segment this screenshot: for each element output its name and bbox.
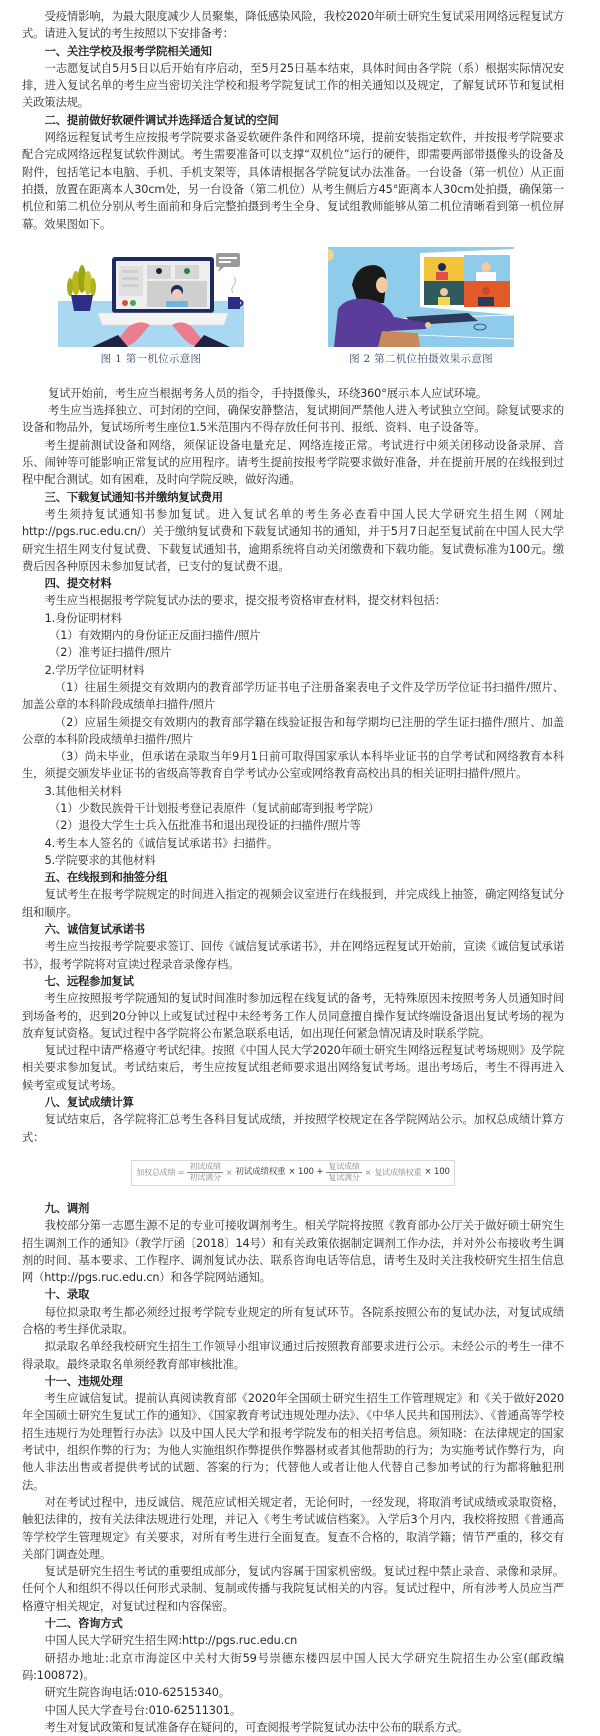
formula-fraction-retest: 复试成绩 复试满分 bbox=[326, 1162, 361, 1183]
section-3-heading: 三、下载复试通知书并缴纳复试费用 bbox=[22, 489, 564, 506]
weighted-score-formula: 加权总成绩 = 初试成绩 初试满分 × 初试成绩权重 × 100 + 复试成绩 … bbox=[131, 1160, 455, 1186]
formula-retest-denominator: 复试满分 bbox=[328, 1173, 359, 1183]
formula-fraction-prelim: 初试成绩 初试满分 bbox=[187, 1162, 222, 1183]
section-1-paragraph: 一志愿复试自5月5日以后开始有序启动，至5月25日基本结束，具体时间由各学院（系… bbox=[22, 60, 564, 112]
section-2-paragraph-3: 考生应当选择独立、可封闭的空间，确保安静整洁，复试期间严禁他人进入考试独立空间。… bbox=[22, 402, 564, 437]
section-11-paragraph-1: 考生应诚信复试。提前认真阅读教育部《2020年全国硕士研究生招生工作管理规定》和… bbox=[22, 1390, 564, 1494]
material-item-1: 1.身份证明材料 bbox=[22, 610, 564, 627]
formula-mult-2: × 100 bbox=[424, 1164, 449, 1181]
figure-1: 图 1 第一机位示意图 bbox=[58, 247, 244, 368]
figure-2: 图 2 第二机位拍摄效果示意图 bbox=[328, 247, 514, 368]
section-7-paragraph-2: 复试过程中请严格遵守考试纪律。按照《中国人民大学2020年硕士研究生网络远程复试… bbox=[22, 1042, 564, 1094]
section-9-heading: 九、调剂 bbox=[22, 1200, 564, 1217]
formula-times-1: × bbox=[226, 1164, 233, 1181]
section-8-paragraph: 复试结束后，各学院将汇总考生各科目复试成绩，并按照学校规定在各学院网站公示。加权… bbox=[22, 1111, 564, 1146]
material-item-1-1: （1）有效期内的身份证正反面扫描件/照片 bbox=[22, 627, 564, 644]
second-camera-illustration bbox=[328, 247, 514, 347]
section-11-paragraph-3: 复试是研究生招生考试的重要组成部分，复试内容属于国家机密级。复试过程中禁止录音、… bbox=[22, 1563, 564, 1615]
section-6-heading: 六、诚信复试承诺书 bbox=[22, 921, 564, 938]
section-5-heading: 五、在线报到和抽签分组 bbox=[22, 869, 564, 886]
section-11-heading: 十一、违规处理 bbox=[22, 1373, 564, 1390]
section-8-heading: 八、复试成绩计算 bbox=[22, 1094, 564, 1111]
intro-paragraph: 受疫情影响，为最大限度减少人员聚集，降低感染风险，我校2020年硕士研究生复试采… bbox=[22, 8, 564, 43]
section-5-paragraph: 复试考生在报考学院规定的时间进入指定的视频会议室进行在线报到，并完成线上抽签，确… bbox=[22, 886, 564, 921]
section-4-paragraph: 考生应当根据报考学院复试办法的要求，提交报考资格审查材料，提交材料包括： bbox=[22, 592, 564, 609]
section-12-heading: 十二、咨询方式 bbox=[22, 1615, 564, 1632]
section-11-paragraph-2: 对在考试过程中，违反诚信、规范应试相关规定者，无论何时，一经发现，将取消考试成绩… bbox=[22, 1494, 564, 1563]
formula-prelim-numerator: 初试成绩 bbox=[187, 1162, 222, 1173]
section-7-heading: 七、远程参加复试 bbox=[22, 973, 564, 990]
material-item-5: 5.学院要求的其他材料 bbox=[22, 852, 564, 869]
material-item-3-1: （1）少数民族骨干计划报考登记表原件（复试前邮寄到报考学院） bbox=[22, 800, 564, 817]
contact-website: 中国人民大学研究生招生网:http://pgs.ruc.edu.cn bbox=[22, 1632, 564, 1649]
section-10-paragraph-1: 每位拟录取考生都必须经过报考学院专业规定的所有复试环节。各院系按照公布的复试办法… bbox=[22, 1304, 564, 1339]
material-item-2-1: （1）往届生须提交有效期内的教育部学历证书电子注册备案表电子文件及学历学位证书扫… bbox=[22, 679, 564, 714]
formula-retest-numerator: 复试成绩 bbox=[326, 1162, 361, 1173]
first-camera-illustration bbox=[58, 247, 244, 347]
contact-address: 研招办地址:北京市海淀区中关村大街59号崇德东楼四层中国人民大学研究生院招生办公… bbox=[22, 1650, 564, 1659]
material-item-2-3: （3）尚未毕业，但承诺在录取当年9月1日前可取得国家承认本科毕业证书的自学考试和… bbox=[22, 748, 564, 783]
score-formula-container: 加权总成绩 = 初试成绩 初试满分 × 初试成绩权重 × 100 + 复试成绩 … bbox=[22, 1160, 564, 1186]
formula-prelim-denominator: 初试满分 bbox=[189, 1173, 220, 1183]
section-2-paragraph-1: 网络远程复试考生应按报考学院要求备妥软硬件条件和网络环境，提前安装指定软件，并按… bbox=[22, 129, 564, 233]
material-item-4: 4.考生本人签名的《诚信复试承诺书》扫描件。 bbox=[22, 835, 564, 852]
section-4-heading: 四、提交材料 bbox=[22, 575, 564, 592]
material-item-3: 3.其他相关材料 bbox=[22, 783, 564, 800]
section-9-paragraph: 我校部分第一志愿生源不足的专业可接收调剂考生。相关学院将按照《教育部办公厅关于做… bbox=[22, 1217, 564, 1286]
figure-2-caption: 图 2 第二机位拍摄效果示意图 bbox=[328, 351, 514, 368]
figures-row: 图 1 第一机位示意图 bbox=[22, 247, 564, 375]
section-1-heading: 一、关注学校及报考学院相关通知 bbox=[22, 43, 564, 60]
section-10-paragraph-2: 拟录取名单经我校研究生招生工作领导小组审议通过后按照教育部要求进行公示。未经公示… bbox=[22, 1338, 564, 1373]
material-item-3-2: （2）退役大学生士兵入伍批准书和退出现役证的扫描件/照片等 bbox=[22, 817, 564, 834]
material-item-1-2: （2）准考证扫描件/照片 bbox=[22, 644, 564, 661]
section-7-paragraph-1: 考生应按照报考学院通知的复试时间准时参加远程在线复试的备考，无特殊原因未按照考务… bbox=[22, 990, 564, 1042]
document-body: 受疫情影响，为最大限度减少人员聚集，降低感染风险，我校2020年硕士研究生复试采… bbox=[22, 8, 564, 1659]
section-6-paragraph: 考生应当按报考学院要求签订、回传《诚信复试承诺书》，并在网络远程复试开始前，宣读… bbox=[22, 938, 564, 973]
section-2-paragraph-2: 复试开始前，考生应当根据考务人员的指令，手持摄像头，环绕360°展示本人应试环境… bbox=[22, 385, 564, 402]
section-3-paragraph: 考生须持复试通知书参加复试。进入复试名单的考生务必查看中国人民大学研究生招生网（… bbox=[22, 506, 564, 575]
section-2-heading: 二、提前做好软硬件调试并选择适合复试的空间 bbox=[22, 112, 564, 129]
formula-lhs: 加权总成绩 = bbox=[136, 1164, 184, 1181]
section-10-heading: 十、录取 bbox=[22, 1286, 564, 1303]
formula-retest-weight: 复试成绩权重 bbox=[374, 1164, 421, 1181]
formula-mult-1: × 100 + bbox=[289, 1164, 324, 1181]
figure-1-caption: 图 1 第一机位示意图 bbox=[58, 351, 244, 368]
formula-prelim-weight: 初试成绩权重 bbox=[235, 1164, 285, 1181]
material-item-2: 2.学历学位证明材料 bbox=[22, 662, 564, 679]
material-item-2-2: （2）应届生须提交有效期内的教育部学籍在线验证报告和每学期均已注册的学生证扫描件… bbox=[22, 714, 564, 749]
section-2-paragraph-4: 考生提前测试设备和网络，须保证设备电量充足、网络连接正常。考试进行中须关闭移动设… bbox=[22, 437, 564, 489]
formula-times-2: × bbox=[365, 1164, 372, 1181]
